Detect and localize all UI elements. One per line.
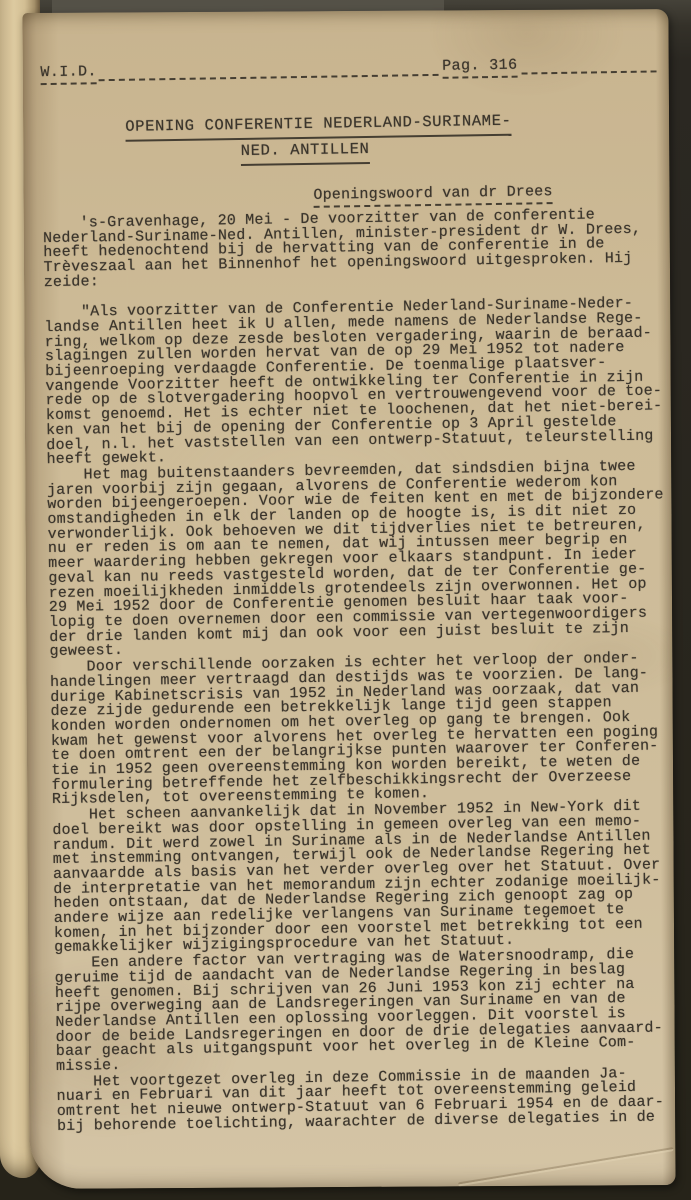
paragraph: Een andere factor van vertraging was de … xyxy=(54,947,672,1074)
publication-code: W.I.D. xyxy=(40,64,97,85)
header-dashed-rule xyxy=(99,74,438,81)
header-dashed-rule-end xyxy=(522,70,657,74)
page-content: W.I.D. Pag. 316 OPENING CONFERENTIE NEDE… xyxy=(22,6,685,1135)
document-title: OPENING CONFERENTIE NEDERLAND-SURINAME- … xyxy=(125,110,514,168)
paragraph: Het scheen aanvankelijk dat in November … xyxy=(52,799,670,956)
document-body: 's-Gravenhage, 20 Mei - De voorzitter va… xyxy=(43,207,673,1134)
paragraph: "Als voorzitter van de Conferentie Neder… xyxy=(44,282,663,468)
scanned-document: W.I.D. Pag. 316 OPENING CONFERENTIE NEDE… xyxy=(0,0,691,1200)
paragraph: 's-Gravenhage, 20 Mei - De voorzitter va… xyxy=(43,207,660,290)
page-header: W.I.D. Pag. 316 xyxy=(40,55,656,85)
bottom-fold-crease xyxy=(458,1147,674,1186)
paragraph: Het voortgezet overleg in deze Commissie… xyxy=(56,1066,673,1134)
page-number: Pag. 316 xyxy=(442,58,518,79)
paragraph: Door verschillende oorzaken is echter he… xyxy=(50,651,668,808)
title-line-2: NED. ANTILLEN xyxy=(241,138,370,166)
subtitle-row: Openingswoord van dr Drees xyxy=(42,180,658,210)
paragraph: Het mag buitenstaanders bevreemden, dat … xyxy=(47,459,666,660)
section-subtitle: Openingswoord van dr Drees xyxy=(313,183,553,208)
document-page: W.I.D. Pag. 316 OPENING CONFERENTIE NEDE… xyxy=(22,9,675,1189)
